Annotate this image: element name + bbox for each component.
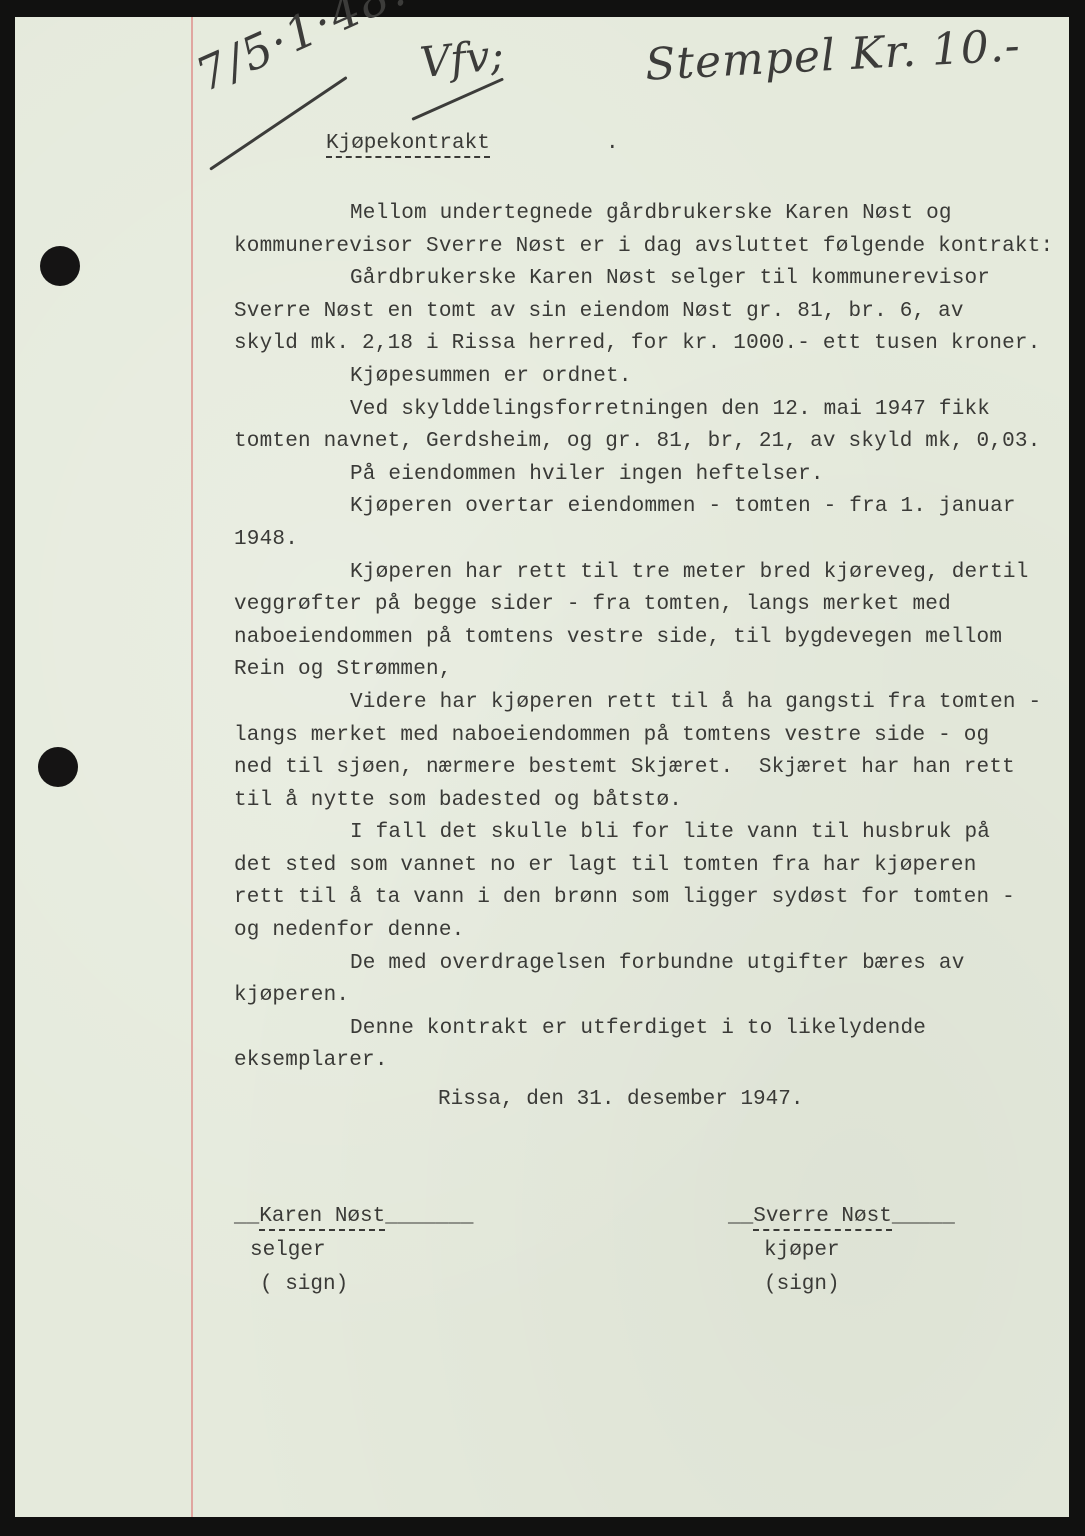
contract-line: Ved skylddelingsforretningen den 12. mai… — [234, 394, 1053, 427]
seller-name: Karen Nøst — [259, 1205, 385, 1231]
buyer-role: kjøper — [728, 1239, 955, 1273]
contract-line: det sted som vannet no er lagt til tomte… — [234, 850, 1053, 883]
title-period: . — [606, 132, 619, 155]
contract-line: Mellom undertegnede gårdbrukerske Karen … — [234, 198, 1053, 231]
buyer-name: Sverre Nøst — [753, 1205, 892, 1231]
contract-line: 1948. — [234, 524, 1053, 557]
contract-line: skyld mk. 2,18 i Rissa herred, for kr. 1… — [234, 328, 1053, 361]
buyer-sign-note: (sign) — [728, 1273, 955, 1307]
contract-line: Gårdbrukerske Karen Nøst selger til komm… — [234, 263, 1053, 296]
contract-line: På eiendommen hviler ingen heftelser. — [234, 459, 1053, 492]
contract-line: Sverre Nøst en tomt av sin eiendom Nøst … — [234, 296, 1053, 329]
contract-line: og nedenfor denne. — [234, 915, 1053, 948]
seller-role: selger — [234, 1239, 473, 1273]
contract-line: Kjøperen har rett til tre meter bred kjø… — [234, 557, 1053, 590]
contract-line: tomten navnet, Gerdsheim, og gr. 81, br,… — [234, 426, 1053, 459]
punch-hole-icon — [38, 747, 78, 787]
contract-line: kommunerevisor Sverre Nøst er i dag avsl… — [234, 231, 1053, 264]
contract-line: Videre har kjøperen rett til å ha gangst… — [234, 687, 1053, 720]
contract-line: naboeiendommen på tomtens vestre side, t… — [234, 622, 1053, 655]
buyer-signature-block: __Sverre Nøst_____ kjøper (sign) — [728, 1205, 955, 1307]
place-and-date: Rissa, den 31. desember 1947. — [438, 1088, 803, 1111]
contract-line: Kjøpesummen er ordnet. — [234, 361, 1053, 394]
handwritten-initials: Vfv; — [418, 30, 506, 87]
punch-hole-icon — [40, 246, 80, 286]
contract-line: Kjøperen overtar eiendommen - tomten - f… — [234, 491, 1053, 524]
contract-line: Rein og Strømmen, — [234, 654, 1053, 687]
seller-signature-block: __Karen Nøst_______ selger ( sign) — [234, 1205, 473, 1307]
contract-body: Mellom undertegnede gårdbrukerske Karen … — [234, 198, 1053, 1078]
margin-rule — [191, 17, 193, 1517]
contract-line: Denne kontrakt er utferdiget i to likely… — [234, 1013, 1053, 1046]
contract-line: I fall det skulle bli for lite vann til … — [234, 817, 1053, 850]
contract-line: eksemplarer. — [234, 1045, 1053, 1078]
document-title: Kjøpekontrakt — [326, 132, 490, 158]
contract-line: kjøperen. — [234, 980, 1053, 1013]
contract-line: til å nytte som badested og båtstø. — [234, 785, 1053, 818]
contract-line: langs merket med naboeiendommen på tomte… — [234, 720, 1053, 753]
contract-line: De med overdragelsen forbundne utgifter … — [234, 948, 1053, 981]
contract-line: rett til å ta vann i den brønn som ligge… — [234, 882, 1053, 915]
contract-line: ned til sjøen, nærmere bestemt Skjæret. … — [234, 752, 1053, 785]
contract-line: veggrøfter på begge sider - fra tomten, … — [234, 589, 1053, 622]
seller-sign-note: ( sign) — [234, 1273, 473, 1307]
